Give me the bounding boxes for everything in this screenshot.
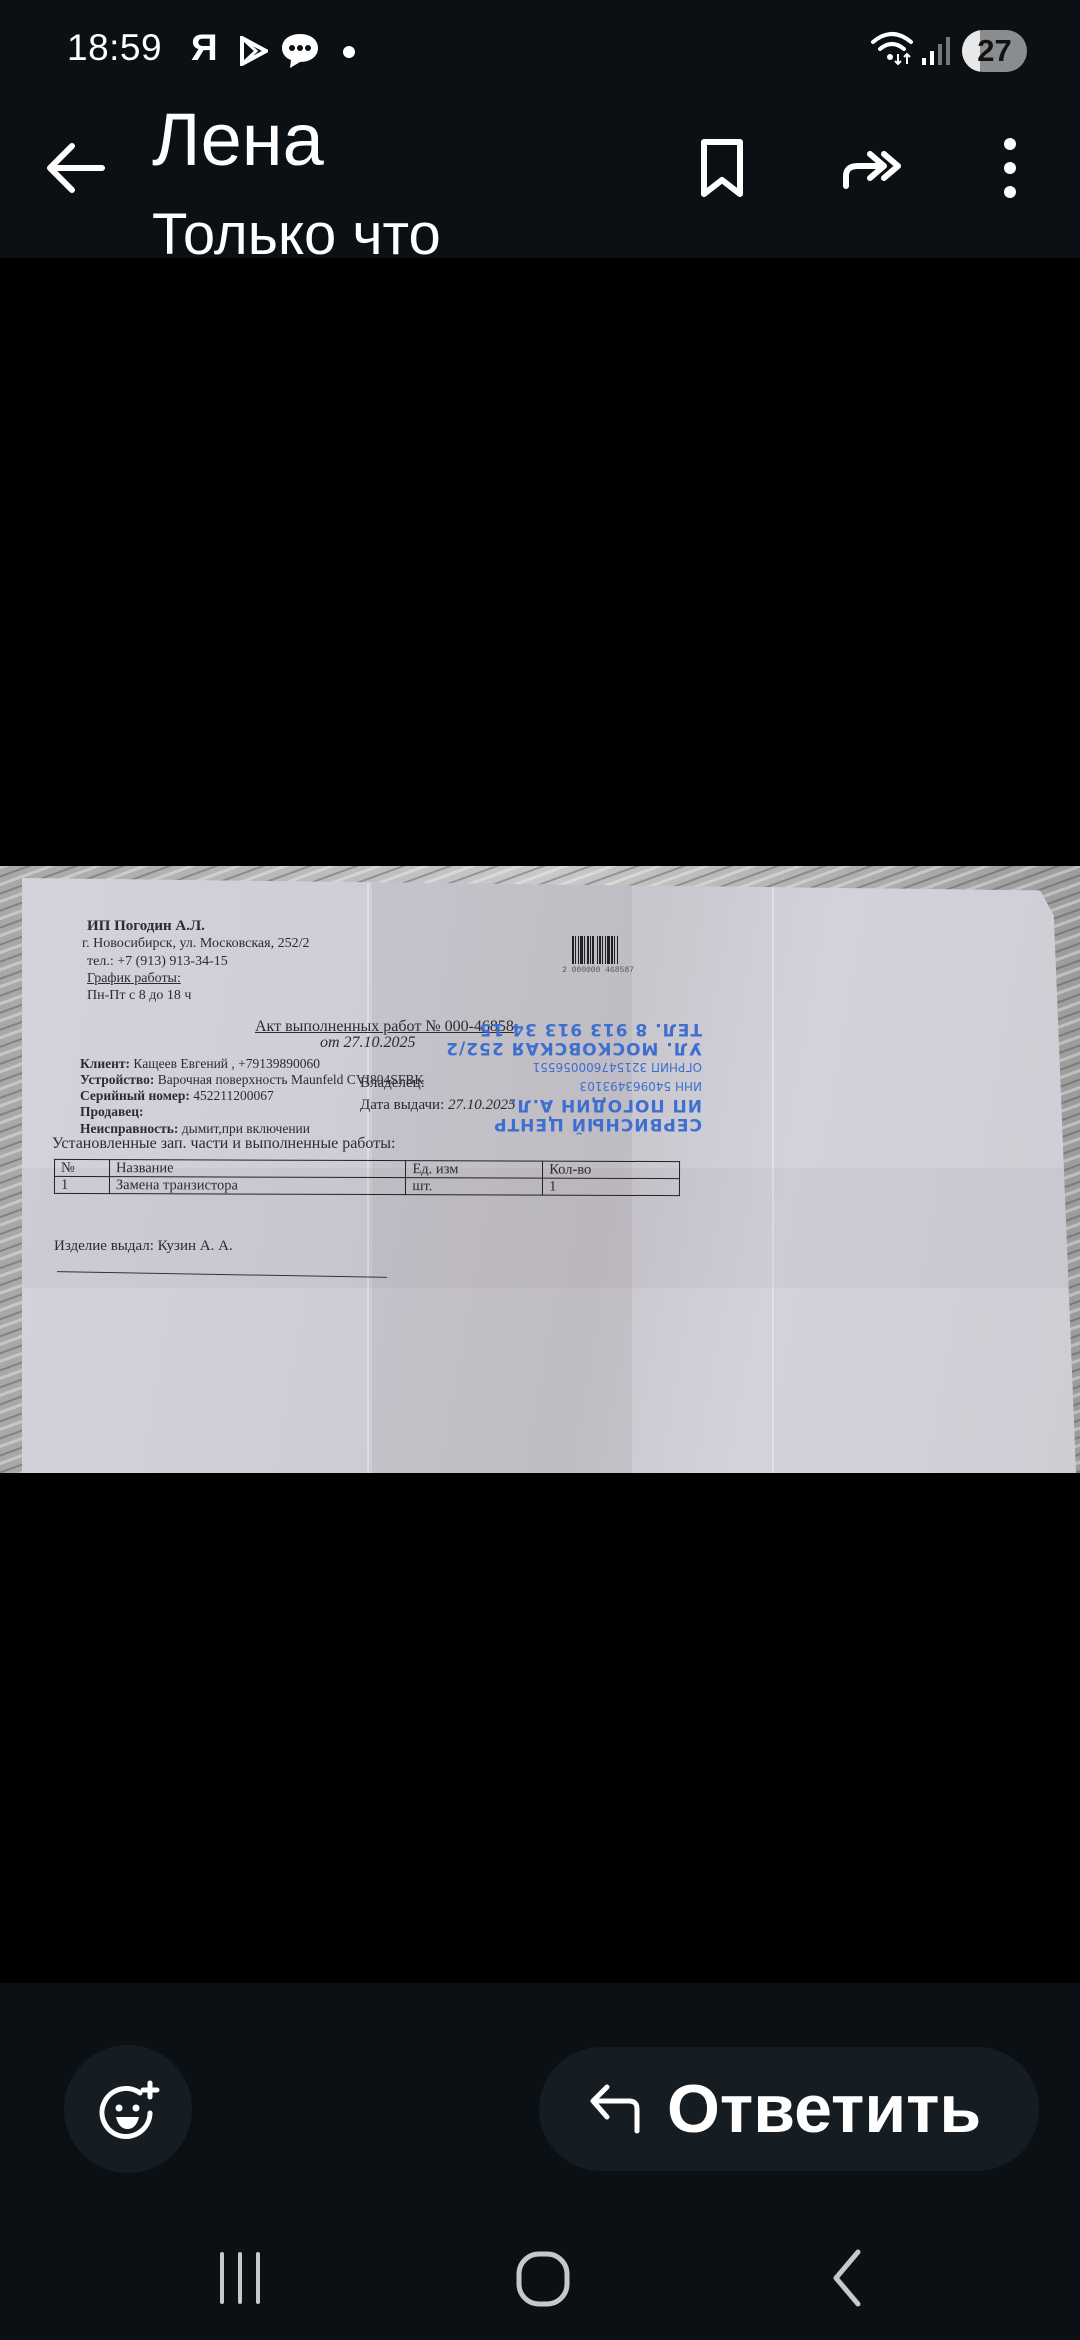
act-date: от 27.10.2025 (320, 1034, 416, 1052)
stamp-line: УЛ. МОСКОВСКАЯ 252/2 (522, 1038, 702, 1057)
status-time: 18:59 (67, 27, 162, 69)
service-center-stamp: СЕРВИСНЫЙ ЦЕНТРИП ПОГОДИН А.Л.ИНН 540963… (522, 1003, 702, 1133)
stamp-line: ТЕЛ. 8 913 913 34 15 (522, 1019, 702, 1038)
contact-name[interactable]: Лена (152, 100, 324, 180)
table-header-cell: № (55, 1159, 110, 1176)
reply-label: Ответить (667, 2070, 981, 2148)
arrow-left-icon[interactable] (40, 138, 110, 198)
schedule-label: График работы: (87, 971, 181, 987)
back-icon[interactable] (808, 2238, 888, 2318)
table-header-cell: Ед. изм (406, 1161, 543, 1178)
status-bar: 18:59 Я 27 (0, 0, 1080, 100)
company-name: ИП Погодин А.Л. (87, 918, 205, 935)
company-address: г. Новосибирск, ул. Московская, 252/2 (82, 936, 309, 952)
service-act-document: ИП Погодин А.Л. г. Новосибирск, ул. Моск… (22, 878, 1077, 1473)
notification-dot-icon (343, 46, 355, 58)
stamp-line: ОГРНИП 321547600056551 (522, 1057, 702, 1076)
issue-date: Дата выдачи: 27.10.2025 (360, 1097, 516, 1114)
add-reaction-icon (96, 2079, 160, 2143)
company-phone: тел.: +7 (913) 913-34-15 (87, 954, 228, 970)
wifi-icon (870, 30, 914, 68)
table-header-cell: Кол-во (543, 1161, 680, 1178)
schedule: Пн-Пт с 8 до 18 ч (87, 988, 191, 1004)
table-row: 1Замена транзисторашт.1 (54, 1176, 679, 1195)
battery-indicator: 27 (962, 30, 1027, 72)
table-header-cell: Название (109, 1160, 406, 1178)
barcode (570, 936, 645, 968)
stamp-line: ИП ПОГОДИН А.Л. (522, 1095, 702, 1114)
top-bar: 18:59 Я 27 (0, 0, 1080, 258)
owner-label: Владелец: (360, 1075, 425, 1092)
barcode-number: 2 000000 468587 (562, 966, 634, 975)
stamp-line: ИНН 540963493103 (522, 1076, 702, 1095)
bottom-actions: Ответить (0, 1983, 1080, 2340)
reply-icon (585, 2079, 645, 2139)
bookmark-icon[interactable] (690, 136, 754, 200)
works-table: №НазваниеЕд. измКол-во 1Замена транзисто… (54, 1159, 680, 1196)
works-label: Установленные зап. части и выполненные р… (52, 1135, 395, 1153)
act-field: Серийный номер: 452211200067 (80, 1088, 274, 1104)
system-navbar (0, 2228, 1080, 2340)
more-vertical-icon[interactable] (990, 136, 1054, 200)
stamp-line: СЕРВИСНЫЙ ЦЕНТР (522, 1114, 702, 1133)
home-icon[interactable] (503, 2238, 583, 2318)
chat-header: Лена Только что (0, 100, 1080, 258)
yandex-icon: Я (191, 27, 218, 69)
act-field: Продавец: (80, 1104, 144, 1120)
forward-icon[interactable] (840, 136, 904, 200)
recents-icon[interactable] (200, 2238, 280, 2318)
reply-button[interactable]: Ответить (539, 2047, 1039, 2171)
battery-percent: 27 (962, 30, 1027, 72)
act-field: Клиент: Кащеев Евгений , +79139890060 (80, 1056, 320, 1072)
add-reaction-button[interactable] (64, 2045, 192, 2173)
play-store-icon (240, 36, 268, 66)
message-time: Только что (152, 200, 441, 258)
signal-icon (920, 36, 952, 66)
message-photo[interactable]: ИП Погодин А.Л. г. Новосибирск, ул. Моск… (0, 866, 1080, 1473)
chat-icon (280, 32, 320, 70)
issued-by: Изделие выдал: Кузин А. А. (54, 1238, 233, 1255)
